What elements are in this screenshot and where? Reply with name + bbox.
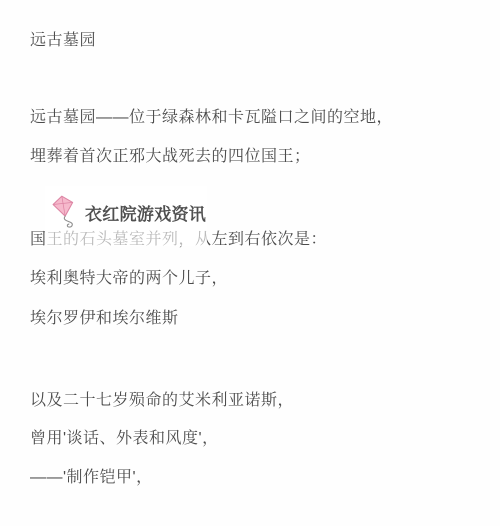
- watermark: 衣红院游戏资讯: [45, 186, 207, 246]
- body-line: ——'制作铠甲'，: [30, 468, 153, 487]
- body-line: 埃利奥特大帝的两个儿子，: [30, 269, 228, 288]
- body-line: 埃尔罗伊和埃尔维斯: [30, 309, 179, 328]
- doc-title: 远古墓园: [30, 31, 96, 50]
- watermark-row: 衣红院游戏资讯: [51, 195, 207, 229]
- body-line: 曾用'谈话、外表和风度'，: [30, 429, 219, 448]
- body-line: 远古墓园——位于绿森林和卡瓦隘口之间的空地，: [30, 108, 393, 127]
- body-line: 埋葬着首次正邪大战死去的四位国王；: [30, 147, 311, 166]
- kite-icon: [51, 195, 81, 229]
- watermark-label: 衣红院游戏资讯: [85, 200, 206, 225]
- body-line: 以及二十七岁殒命的艾米利亚诺斯，: [30, 391, 294, 410]
- document-page: 远古墓园 远古墓园——位于绿森林和卡瓦隘口之间的空地， 埋葬着首次正邪大战死去的…: [0, 0, 500, 526]
